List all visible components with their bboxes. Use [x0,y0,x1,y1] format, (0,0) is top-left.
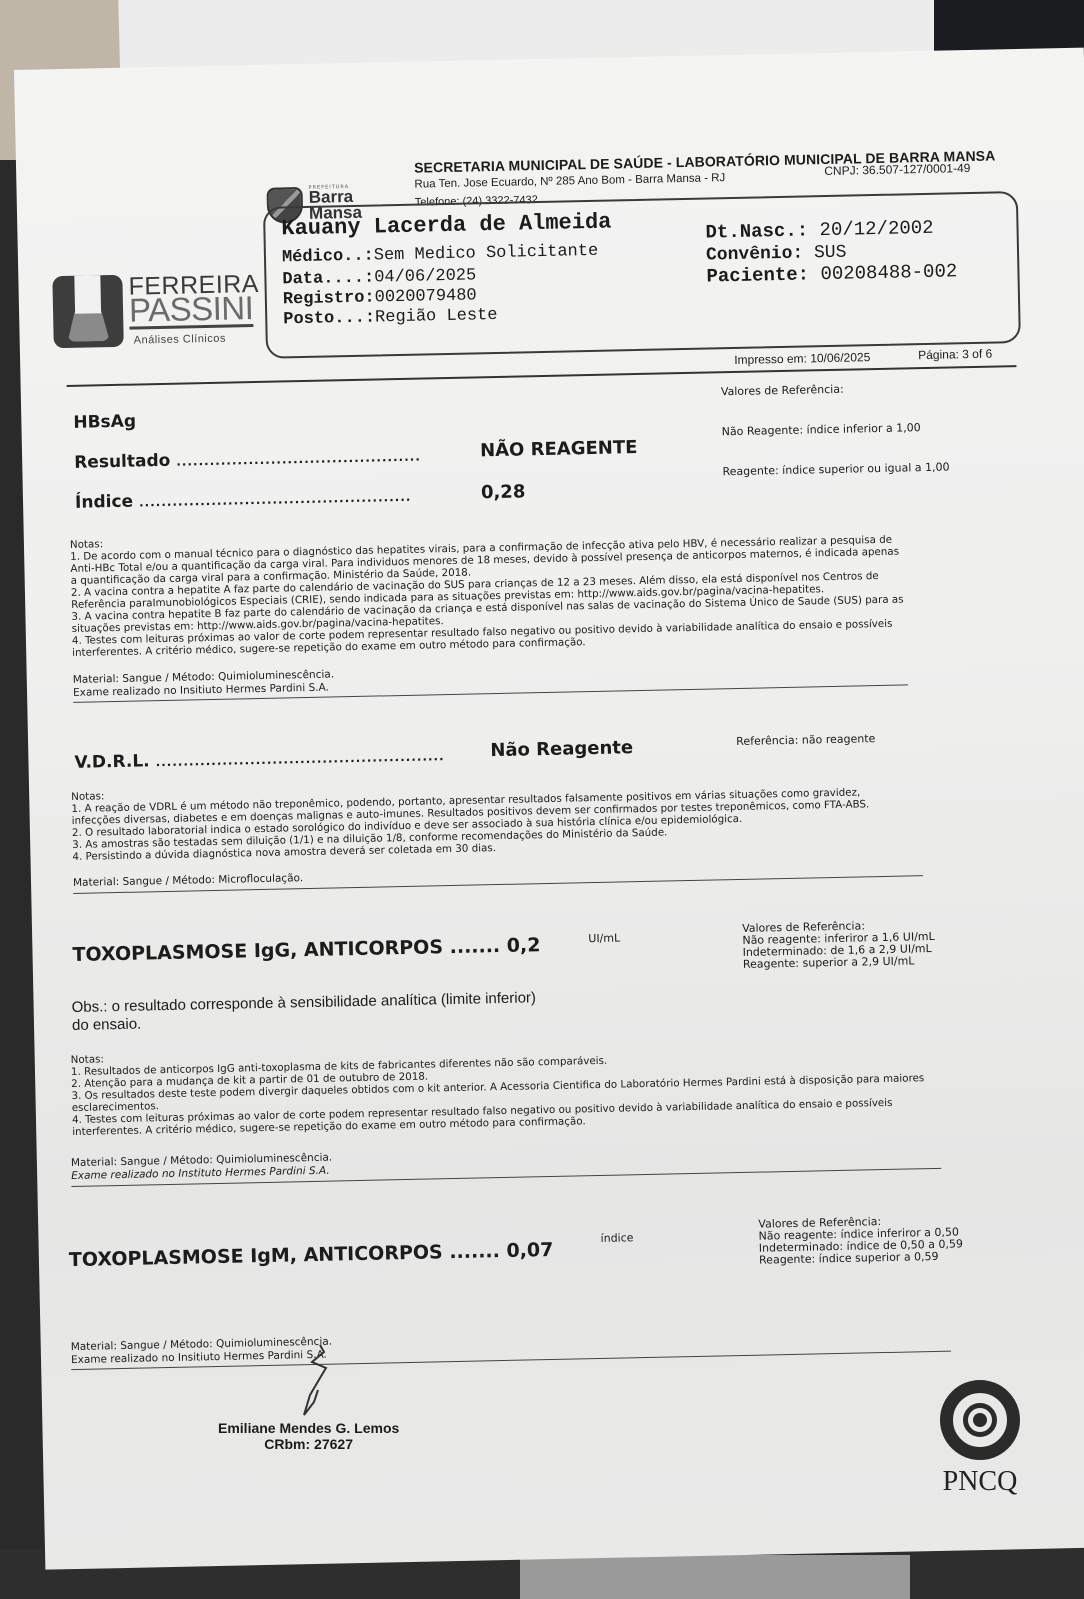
medico-row: Médico..:Sem Medico Solicitante [282,242,599,268]
patient-info-box: Kauany Lacerda de Almeida Médico..:Sem M… [263,191,1021,359]
header-divider [67,365,1017,387]
printed-date: Impresso em: 10/06/2025 [734,350,870,367]
convenio-value: SUS [814,243,847,264]
hbsag-ref-2: Reagente: índice superior ou igual a 1,0… [722,460,949,479]
lab-report-page: PREFEITURA Barra Mansa SECRETARIA MUNICI… [14,48,1084,1570]
patient-name: Kauany Lacerda de Almeida [281,210,612,242]
hbsag-index-label: Índice .................................… [75,486,412,513]
signature-scribble-icon [290,1340,350,1430]
toxo-igg-obs: Obs.: o resultado corresponde à sensibil… [71,989,536,1035]
pncq-target-icon [940,1380,1020,1460]
toxo-igg-notes: Notas: 1. Resultados de anticorpos IgG a… [71,1035,1003,1138]
paciente-row: Paciente: 00208488-002 [706,260,957,287]
pncq-label: PNCQ [930,1466,1030,1498]
institution-cnpj: CNPJ: 36.507-127/0001-49 [824,161,970,178]
registro-value: 0020079480 [374,286,476,307]
toxo-igm-unit: índice [600,1231,633,1246]
hbsag-title: HBsAg [73,412,136,433]
hbsag-material: Material: Sangue / Método: Quimiolumines… [73,668,335,699]
hbsag-ref-1: Não Reagente: índice inferior a 1,00 [722,421,921,439]
hbsag-result-value: NÃO REAGENTE [480,437,638,461]
signer-name: Emiliane Mendes G. Lemos [218,1420,399,1436]
hbsag-notes: Notas: 1. De acordo com o manual técnico… [70,520,992,659]
posto-value: Região Leste [375,306,498,328]
institution-address: Rua Ten. Jose Ecuardo, Nº 285 Ano Bom - … [414,172,725,191]
ferreira-passini-logo: FERREIRA PASSINI Análises Clínicos [52,270,264,354]
medico-value: Sem Medico Solicitante [374,242,599,266]
flask-logo-icon [52,275,123,348]
toxo-igg-material: Material: Sangue / Método: Quimiolumines… [71,1152,333,1183]
nasc-value: 20/12/2002 [819,217,933,241]
paciente-value: 00208488-002 [820,260,957,285]
signature-block: Emiliane Mendes G. Lemos CRbm: 27627 [218,1420,399,1452]
vdrl-result-value: Não Reagente [490,737,633,761]
signer-crbm: CRbm: 27627 [218,1436,399,1452]
toxo-igg-ref: Valores de Referência:Não reagente: infe… [742,919,935,971]
toxo-igg-value: 0,2 [507,934,541,957]
page-number: Página: 3 of 6 [918,347,992,363]
vdrl-label: V.D.R.L. ...............................… [74,745,444,773]
pncq-logo: PNCQ [930,1380,1030,1490]
data-value: 04/06/2025 [374,266,476,287]
hbsag-result-label: Resultado ..............................… [74,446,421,473]
toxo-igg-title: TOXOPLASMOSE IgG, ANTICORPOS ....... 0,2 [72,934,540,966]
hbsag-index-value: 0,28 [481,481,526,503]
toxo-igm-ref: Valores de Referência:Não reagente: índi… [758,1214,963,1266]
toxo-igm-value: 0,07 [506,1239,553,1262]
hbsag-ref-title: Valores de Referência: [721,383,844,400]
nasc-row: Dt.Nasc.: 20/12/2002 [705,217,933,244]
lab-logo-line2: PASSINI [129,292,254,330]
toxo-igm-title: TOXOPLASMOSE IgM, ANTICORPOS ....... 0,0… [69,1239,554,1271]
vdrl-notes: Notas: 1. A reação de VDRL é um método n… [71,772,992,863]
vdrl-material: Material: Sangue / Método: Microfloculaç… [73,872,303,890]
toxo-igg-unit: UI/mL [588,931,620,946]
lab-logo-subtitle: Análises Clínicos [134,333,226,347]
vdrl-ref: Referência: não reagente [736,732,875,749]
posto-row: Posto...:Região Leste [283,306,498,329]
